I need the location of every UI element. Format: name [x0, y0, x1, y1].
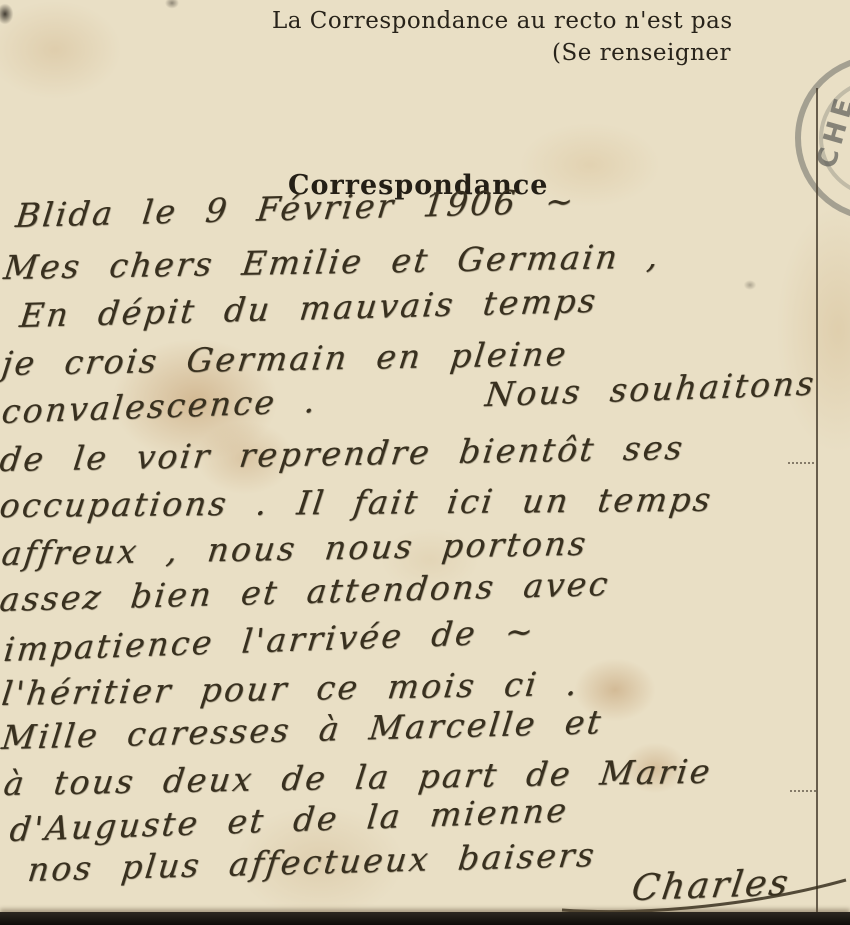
- handwritten-line: impatience l'arrivée de ~: [2, 611, 537, 669]
- handwritten-line: En dépit du mauvais temps: [18, 281, 600, 335]
- divider-line: [816, 88, 818, 912]
- perforation-dots: [788, 462, 814, 464]
- scan-edge-bottom: [0, 912, 850, 925]
- handwritten-line: occupations . Il fait ici un temps: [0, 480, 715, 525]
- handwritten-line: Blida le 9 Février 1906 ~: [14, 181, 578, 235]
- perforation-dots: [790, 790, 816, 792]
- printed-notice-line2: (Se renseigner: [552, 40, 731, 66]
- handwritten-line: de le voir reprendre bientôt ses: [0, 428, 687, 479]
- printed-notice-line1: La Correspondance au recto n'est pas: [272, 8, 733, 34]
- handwritten-line: assez bien et attendons avec: [0, 564, 612, 619]
- postmark-icon: CHE: [720, 40, 850, 240]
- handwritten-line: Mes chers Emilie et Germain ,: [2, 236, 663, 287]
- postcard-scan: La Correspondance au recto n'est pas (Se…: [0, 0, 850, 925]
- signature-flourish: [560, 858, 850, 918]
- handwritten-line: à tous deux de la part de Marie: [2, 752, 715, 803]
- handwritten-line: affreux , nous nous portons: [0, 524, 590, 573]
